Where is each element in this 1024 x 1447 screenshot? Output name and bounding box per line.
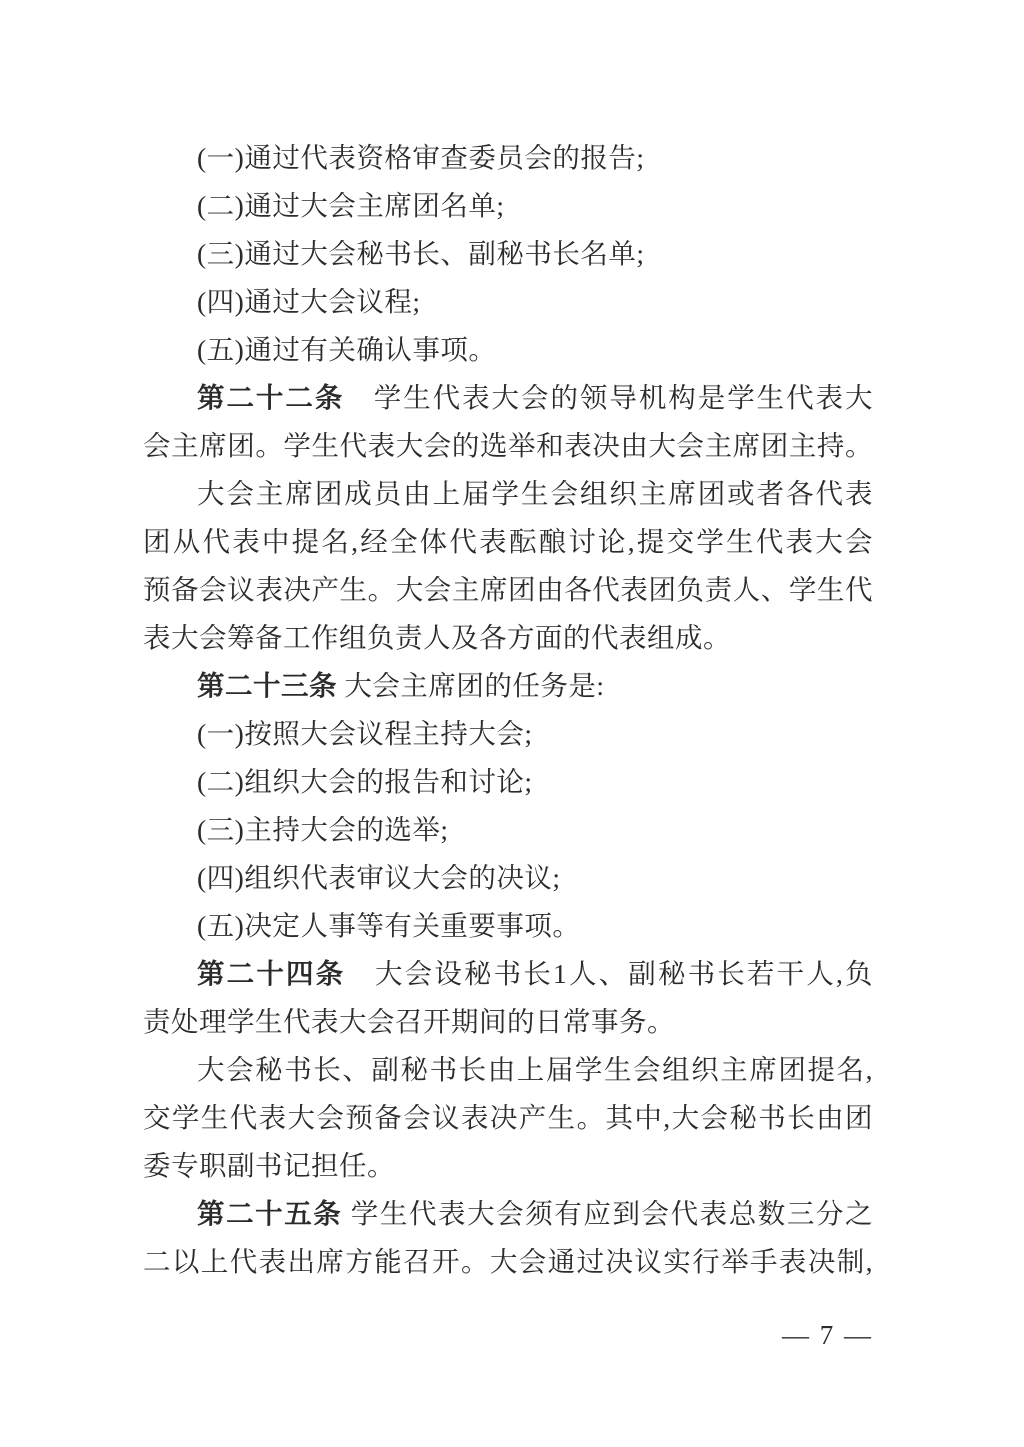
paragraph-line: 预备会议表决产生。大会主席团由各代表团负责人、学生代 <box>143 566 873 614</box>
paragraph-line: 团从代表中提名,经全体代表酝酿讨论,提交学生代表大会 <box>143 518 873 566</box>
article-number: 第二十三条 <box>197 670 337 701</box>
line-text: 学生代表大会须有应到会代表总数三分之 <box>342 1198 873 1229</box>
article-24-heading-line: 第二十四条 大会设秘书长1人、副秘书长若干人,负 <box>143 950 873 998</box>
paragraph-line: 大会主席团成员由上届学生会组织主席团或者各代表 <box>143 470 873 518</box>
list-item-line: (三)主持大会的选举; <box>143 806 873 854</box>
list-item-line: (一)通过代表资格审查委员会的报告; <box>143 134 873 182</box>
article-22-heading-line: 第二十二条 学生代表大会的领导机构是学生代表大 <box>143 374 873 422</box>
list-item-line: (二)通过大会主席团名单; <box>143 182 873 230</box>
list-item-line: (二)组织大会的报告和讨论; <box>143 758 873 806</box>
document-page: (一)通过代表资格审查委员会的报告; (二)通过大会主席团名单; (三)通过大会… <box>0 0 1024 1447</box>
list-item-line: (五)决定人事等有关重要事项。 <box>143 902 873 950</box>
paragraph-line: 大会秘书长、副秘书长由上届学生会组织主席团提名, <box>143 1046 873 1094</box>
list-item-line: (四)组织代表审议大会的决议; <box>143 854 873 902</box>
article-number: 第二十二条 <box>197 382 344 413</box>
paragraph-line: 会主席团。学生代表大会的选举和表决由大会主席团主持。 <box>143 422 873 470</box>
paragraph-line: 二以上代表出席方能召开。大会通过决议实行举手表决制, <box>143 1238 873 1286</box>
list-item-line: (五)通过有关确认事项。 <box>143 326 873 374</box>
paragraph-line: 交学生代表大会预备会议表决产生。其中,大会秘书长由团 <box>143 1094 873 1142</box>
list-item-line: (四)通过大会议程; <box>143 278 873 326</box>
document-body: (一)通过代表资格审查委员会的报告; (二)通过大会主席团名单; (三)通过大会… <box>143 134 873 1286</box>
article-number: 第二十五条 <box>197 1198 342 1229</box>
paragraph-line: 委专职副书记担任。 <box>143 1142 873 1190</box>
article-25-heading-line: 第二十五条 学生代表大会须有应到会代表总数三分之 <box>143 1190 873 1238</box>
line-text: 大会主席团的任务是: <box>337 670 605 701</box>
page-number: — 7 — <box>143 1320 873 1350</box>
line-text: 大会设秘书长1人、副秘书长若干人,负 <box>345 958 873 989</box>
article-23-heading-line: 第二十三条 大会主席团的任务是: <box>143 662 873 710</box>
list-item-line: (一)按照大会议程主持大会; <box>143 710 873 758</box>
list-item-line: (三)通过大会秘书长、副秘书长名单; <box>143 230 873 278</box>
line-text: 学生代表大会的领导机构是学生代表大 <box>344 382 873 413</box>
paragraph-line: 表大会筹备工作组负责人及各方面的代表组成。 <box>143 614 873 662</box>
paragraph-line: 责处理学生代表大会召开期间的日常事务。 <box>143 998 873 1046</box>
article-number: 第二十四条 <box>197 958 345 989</box>
